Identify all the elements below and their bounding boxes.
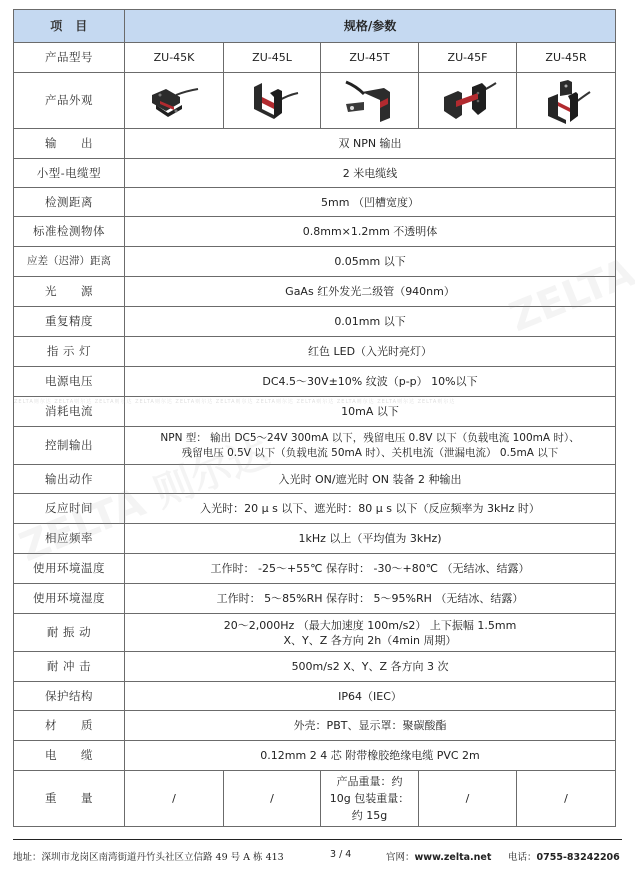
row-label: 应差（迟滞）距离	[14, 247, 125, 277]
row-label: 产品外观	[14, 73, 125, 129]
spec-row-current-consumption: 消耗电流 10mA 以下	[14, 397, 616, 427]
address-value: 深圳市龙岗区南湾街道丹竹头社区立信路 49 号 A 栋 413	[42, 852, 284, 863]
spec-row-supply-voltage: 电源电压 DC4.5～30V±10% 纹波（p-p） 10%以下	[14, 367, 616, 397]
row-label: 使用环境湿度	[14, 584, 125, 614]
weight-row: 重 量 / / 产品重量：约 10g 包装重量：约 15g / /	[14, 771, 616, 827]
row-label: 电源电压	[14, 367, 125, 397]
row-value-line: 20～2,000Hz （最大加速度 100m/s2） 上下振幅 1.5mm	[127, 618, 613, 633]
spec-row-material: 材 质 外壳：PBT、显示罩：聚碳酸酯	[14, 711, 616, 741]
product-image-zu45f	[438, 79, 498, 123]
product-image-zu45r	[540, 78, 592, 124]
row-value: 1kHz 以上（平均值为 3kHz)	[125, 524, 616, 554]
row-label: 重复精度	[14, 307, 125, 337]
product-image-zu45k	[146, 81, 202, 121]
spec-row-response-time: 反应时间 入光时：20 μ s 以下、遮光时：80 μ s 以下（反应频率为 3…	[14, 494, 616, 524]
spec-row-output-action: 输出动作 入光时 ON/遮光时 ON 装备 2 种输出	[14, 465, 616, 494]
row-label: 耐 振 动	[14, 614, 125, 652]
model-cell: ZU-45L	[224, 43, 321, 73]
row-value: 0.8mm×1.2mm 不透明体	[125, 217, 616, 247]
footer-phone: 电话：0755-83242206	[508, 849, 620, 863]
model-cell: ZU-45K	[125, 43, 224, 73]
row-value: 工作时： 5～85%RH 保存时： 5～95%RH （无结冰、结露）	[125, 584, 616, 614]
row-value: IP64（IEC）	[125, 682, 616, 711]
spec-row-shock: 耐 冲 击 500m/s2 X、Y、Z 各方向 3 次	[14, 652, 616, 682]
spec-row-output: 输 出 双 NPN 输出	[14, 129, 616, 159]
product-image-cell	[125, 73, 224, 129]
row-label: 光 源	[14, 277, 125, 307]
footer-divider	[13, 839, 622, 840]
row-value-line: X、Y、Z 各方向 2h（4min 周期）	[127, 633, 613, 648]
table-header-row: 项 目 规格/参数	[14, 10, 616, 43]
header-item: 项 目	[14, 10, 125, 43]
weight-cell: /	[125, 771, 224, 827]
product-image-zu45l	[244, 79, 300, 123]
header-spec: 规格/参数	[125, 10, 616, 43]
model-cell: ZU-45F	[419, 43, 517, 73]
address-label: 地址：	[13, 852, 42, 863]
row-value: 0.05mm 以下	[125, 247, 616, 277]
spec-row-cable-type: 小型-电缆型 2 米电缆线	[14, 159, 616, 188]
footer: 地址：深圳市龙岗区南湾街道丹竹头社区立信路 49 号 A 栋 413 3 / 4…	[13, 849, 623, 865]
row-label: 耐 冲 击	[14, 652, 125, 682]
row-value: NPN 型： 输出 DC5～24V 300mA 以下，残留电压 0.8V 以下（…	[125, 427, 616, 465]
row-value: 20～2,000Hz （最大加速度 100m/s2） 上下振幅 1.5mm X、…	[125, 614, 616, 652]
model-cell: ZU-45T	[321, 43, 419, 73]
spec-row-response-frequency: 相应频率 1kHz 以上（平均值为 3kHz)	[14, 524, 616, 554]
row-label: 使用环境温度	[14, 554, 125, 584]
row-value: 工作时： -25～+55℃ 保存时： -30～+80℃ （无结冰、结露）	[125, 554, 616, 584]
spec-row-cable: 电 缆 0.12mm 2 4 芯 附带橡胶绝缘电缆 PVC 2m	[14, 741, 616, 771]
phone-value: 0755-83242206	[537, 852, 620, 863]
spec-table: 项 目 规格/参数 产品型号 ZU-45K ZU-45L ZU-45T ZU-4…	[13, 9, 616, 827]
spec-row-ambient-temperature: 使用环境温度 工作时： -25～+55℃ 保存时： -30～+80℃ （无结冰、…	[14, 554, 616, 584]
row-label: 相应频率	[14, 524, 125, 554]
row-value: 入光时：20 μ s 以下、遮光时：80 μ s 以下（反应频率为 3kHz 时…	[125, 494, 616, 524]
row-label: 指 示 灯	[14, 337, 125, 367]
row-value: 2 米电缆线	[125, 159, 616, 188]
spec-row-indicator: 指 示 灯 红色 LED（入光时亮灯）	[14, 337, 616, 367]
weight-cell: /	[517, 771, 616, 827]
product-image-cell	[224, 73, 321, 129]
row-label: 保护结构	[14, 682, 125, 711]
spec-row-standard-object: 标准检测物体 0.8mm×1.2mm 不透明体	[14, 217, 616, 247]
spec-row-hysteresis: 应差（迟滞）距离 0.05mm 以下	[14, 247, 616, 277]
row-value: 双 NPN 输出	[125, 129, 616, 159]
footer-website: 官网：www.zelta.net	[386, 849, 491, 863]
row-label: 电 缆	[14, 741, 125, 771]
row-label: 输出动作	[14, 465, 125, 494]
website-link[interactable]: www.zelta.net	[415, 852, 492, 863]
spec-row-vibration: 耐 振 动 20～2,000Hz （最大加速度 100m/s2） 上下振幅 1.…	[14, 614, 616, 652]
website-label: 官网：	[386, 852, 415, 863]
row-value: 0.12mm 2 4 芯 附带橡胶绝缘电缆 PVC 2m	[125, 741, 616, 771]
row-label: 输 出	[14, 129, 125, 159]
row-value: 500m/s2 X、Y、Z 各方向 3 次	[125, 652, 616, 682]
spec-row-ambient-humidity: 使用环境湿度 工作时： 5～85%RH 保存时： 5～95%RH （无结冰、结露…	[14, 584, 616, 614]
row-label: 消耗电流	[14, 397, 125, 427]
row-label: 控制输出	[14, 427, 125, 465]
weight-cell: /	[419, 771, 517, 827]
row-label: 小型-电缆型	[14, 159, 125, 188]
row-value: 入光时 ON/遮光时 ON 装备 2 种输出	[125, 465, 616, 494]
row-value: 5mm （凹槽宽度）	[125, 188, 616, 217]
spec-row-control-output: 控制输出 NPN 型： 输出 DC5～24V 300mA 以下，残留电压 0.8…	[14, 427, 616, 465]
spec-row-detect-distance: 检测距离 5mm （凹槽宽度）	[14, 188, 616, 217]
model-row: 产品型号 ZU-45K ZU-45L ZU-45T ZU-45F ZU-45R	[14, 43, 616, 73]
footer-address: 地址：深圳市龙岗区南湾街道丹竹头社区立信路 49 号 A 栋 413	[13, 849, 284, 863]
row-value: 10mA 以下	[125, 397, 616, 427]
row-value: GaAs 红外发光二级管（940nm）	[125, 277, 616, 307]
row-label: 材 质	[14, 711, 125, 741]
appearance-row: 产品外观	[14, 73, 616, 129]
row-value-line: 残留电压 0.5V 以下（负载电流 50mA 时）、关机电流（泄漏电流） 0.5…	[127, 446, 613, 461]
phone-label: 电话：	[508, 852, 537, 863]
row-value: DC4.5～30V±10% 纹波（p-p） 10%以下	[125, 367, 616, 397]
product-image-zu45t	[340, 78, 400, 124]
row-value-line: NPN 型： 输出 DC5～24V 300mA 以下，残留电压 0.8V 以下（…	[127, 431, 613, 446]
weight-cell: 产品重量：约 10g 包装重量：约 15g	[321, 771, 419, 827]
row-label: 反应时间	[14, 494, 125, 524]
spec-row-light-source: 光 源 GaAs 红外发光二级管（940nm）	[14, 277, 616, 307]
row-value: 0.01mm 以下	[125, 307, 616, 337]
model-cell: ZU-45R	[517, 43, 616, 73]
product-image-cell	[419, 73, 517, 129]
product-image-cell	[321, 73, 419, 129]
weight-cell: /	[224, 771, 321, 827]
product-image-cell	[517, 73, 616, 129]
row-label: 产品型号	[14, 43, 125, 73]
row-label: 重 量	[14, 771, 125, 827]
row-value: 外壳：PBT、显示罩：聚碳酸酯	[125, 711, 616, 741]
row-value: 红色 LED（入光时亮灯）	[125, 337, 616, 367]
row-label: 检测距离	[14, 188, 125, 217]
row-label: 标准检测物体	[14, 217, 125, 247]
spec-row-repeatability: 重复精度 0.01mm 以下	[14, 307, 616, 337]
spec-sheet-page: 项 目 规格/参数 产品型号 ZU-45K ZU-45L ZU-45T ZU-4…	[0, 0, 635, 877]
spec-row-protection: 保护结构 IP64（IEC）	[14, 682, 616, 711]
page-number: 3 / 4	[330, 849, 351, 860]
